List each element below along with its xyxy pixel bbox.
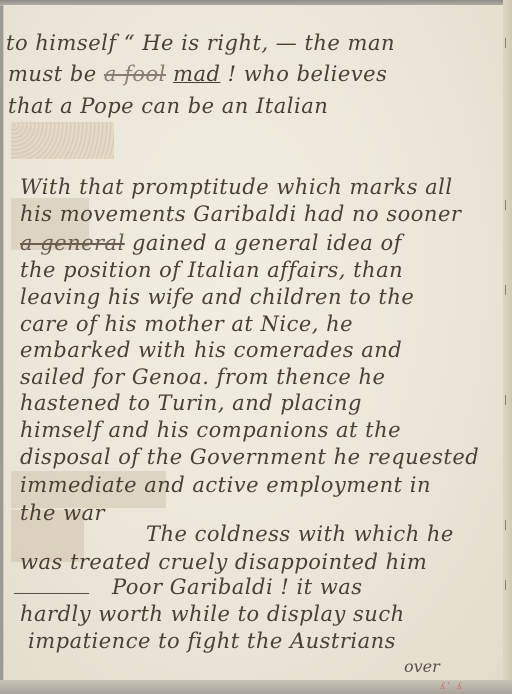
text-line: embarked with his comerades and	[20, 338, 402, 362]
text-line: must be a fool mad ! who believes	[8, 62, 387, 86]
text-line: hardly worth while to display such	[20, 602, 405, 626]
struck-word: a general	[20, 231, 125, 255]
line-text: gained a general idea of	[132, 231, 402, 255]
line-text: With that promptitude which marks all	[20, 175, 453, 199]
edge-mark	[505, 38, 510, 48]
edge-mark	[505, 580, 510, 590]
text-line: himself and his companions at the	[20, 418, 401, 442]
text-line: care of his mother at Nice, he	[20, 312, 353, 336]
text-line: was treated cruely disappointed him	[20, 550, 427, 574]
red-margin-mark: ʎ’ ʎ	[440, 682, 480, 690]
edge-mark	[505, 285, 510, 295]
catchword: over	[404, 657, 440, 676]
line-text: The coldness with which he	[146, 522, 454, 546]
line-text: was treated cruely disappointed him	[20, 550, 427, 574]
line-text: that a Pope can be an Italian	[8, 94, 328, 118]
line-text: immediate and active employment in	[20, 473, 431, 497]
line-text: embarked with his comerades and	[20, 338, 402, 362]
next-page-edge	[0, 680, 512, 694]
text-line: the position of Italian affairs, than	[20, 258, 403, 282]
text-line: a general gained a general idea of	[20, 231, 402, 255]
paper-stain	[11, 122, 114, 159]
edge-mark	[505, 520, 510, 530]
line-text: his movements Garibaldi had no sooner	[20, 202, 461, 226]
text-line: immediate and active employment in	[20, 473, 431, 497]
line-text: himself and his companions at the	[20, 418, 401, 442]
edge-mark	[505, 200, 510, 210]
line-text: Poor Garibaldi ! it was	[112, 575, 363, 599]
line-text: hastened to Turin, and placing	[20, 391, 362, 415]
underlined-word: mad	[173, 62, 220, 86]
text-line: disposal of the Government he requested	[20, 445, 479, 469]
line-text: impatience to fight the Austrians	[28, 629, 396, 653]
line-text: ! who believes	[228, 62, 388, 86]
line-text: the war	[20, 501, 105, 525]
text-line: his movements Garibaldi had no sooner	[20, 202, 461, 226]
struck-word: a fool	[104, 62, 166, 86]
line-text: leaving his wife and children to the	[20, 285, 414, 309]
text-line: The coldness with which he	[146, 522, 454, 546]
text-line: the war	[20, 501, 105, 525]
line-text: hardly worth while to display such	[20, 602, 405, 626]
dash-rule	[14, 593, 89, 594]
line-text: to himself “ He is right, — the man	[6, 31, 395, 55]
line-text: disposal of the Government he requested	[20, 445, 479, 469]
line-text: sailed for Genoa. from thence he	[20, 365, 385, 389]
line-text: must be	[8, 62, 97, 86]
line-text: care of his mother at Nice, he	[20, 312, 353, 336]
edge-mark	[505, 395, 510, 405]
text-line: to himself “ He is right, — the man	[6, 31, 395, 55]
text-line: sailed for Genoa. from thence he	[20, 365, 385, 389]
text-line: impatience to fight the Austrians	[28, 629, 396, 653]
text-line: leaving his wife and children to the	[20, 285, 414, 309]
adjacent-page-edge	[503, 0, 512, 694]
line-text: the position of Italian affairs, than	[20, 258, 403, 282]
text-line: hastened to Turin, and placing	[20, 391, 362, 415]
text-line: Poor Garibaldi ! it was	[112, 575, 363, 599]
manuscript-page: to himself “ He is right, — the man must…	[3, 5, 505, 681]
text-line: that a Pope can be an Italian	[8, 94, 328, 118]
text-line: With that promptitude which marks all	[20, 175, 453, 199]
